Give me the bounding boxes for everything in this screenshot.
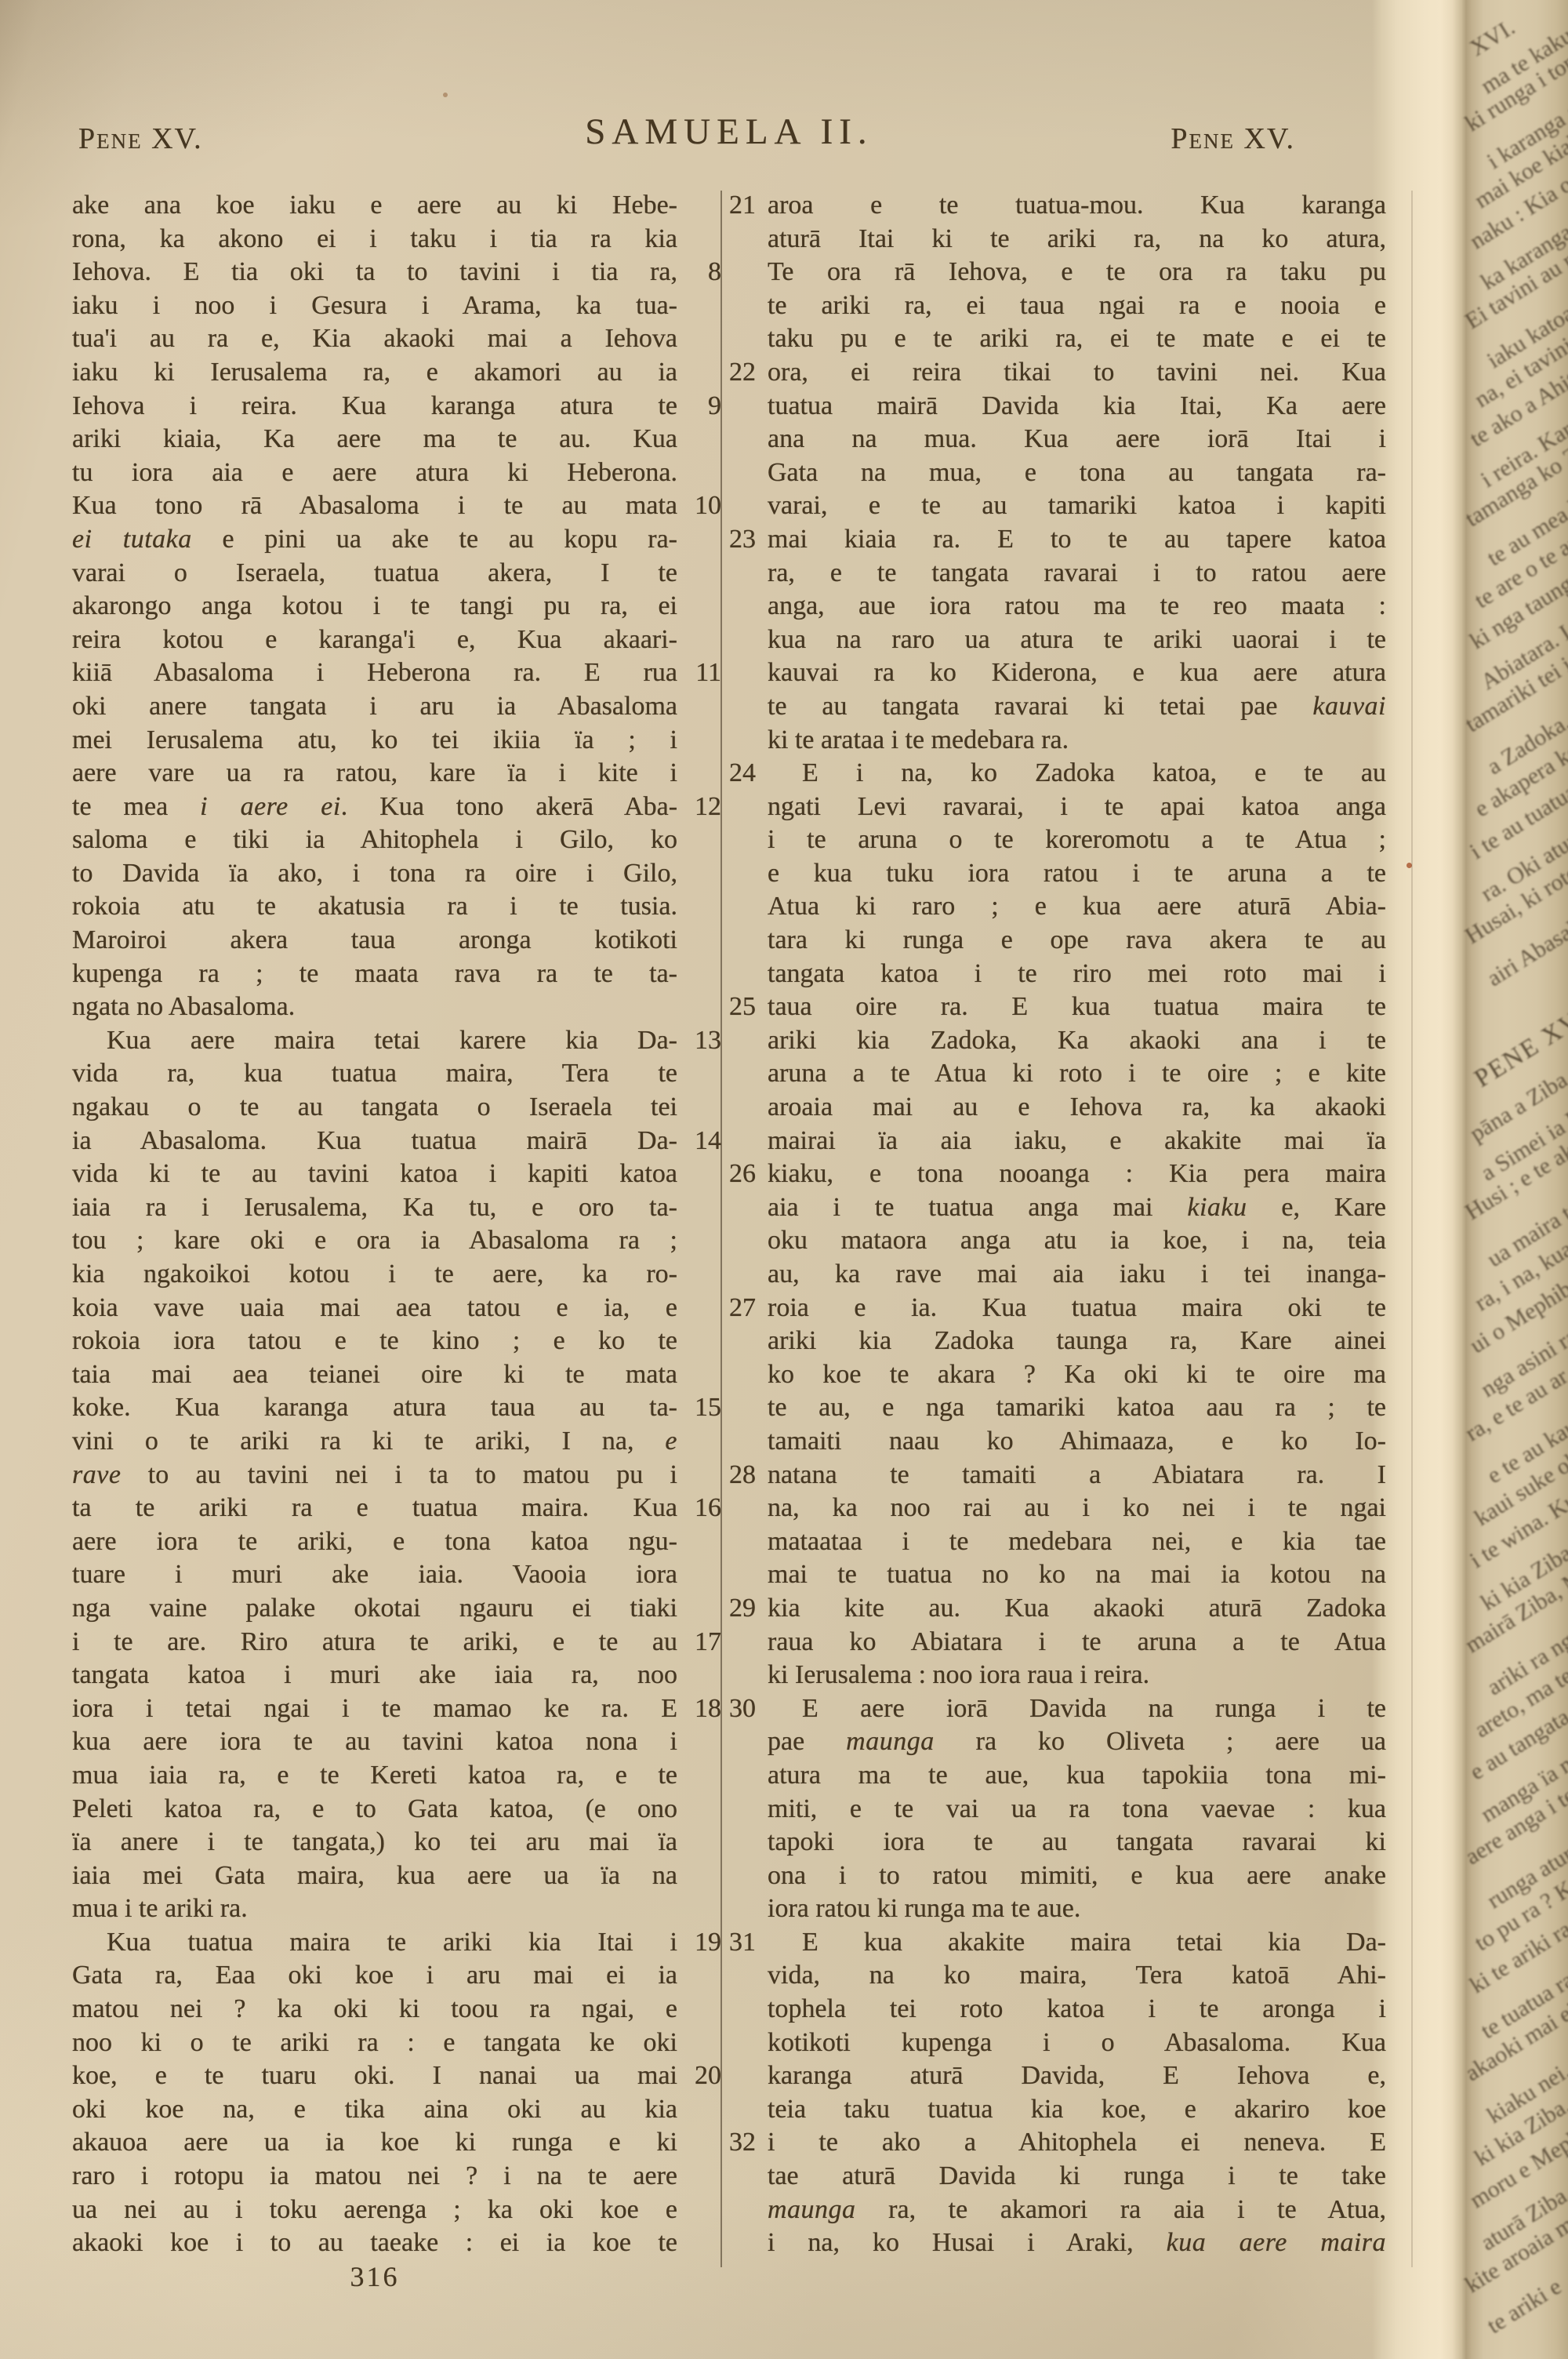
verse-number: 16 (695, 1492, 721, 1525)
text-line: saloma e tiki ia Ahitophela i Gilo, ko (72, 823, 677, 857)
book-page-photo: XVI.ma te kakuki runga i tonai karanga a… (0, 0, 1568, 2359)
text-line-content: aturā Itai ki te ariki ra, na ko atura, (768, 223, 1386, 256)
text-line: Iehova i reira. Kua karanga atura te9 (72, 390, 677, 423)
verse-number: 31 (729, 1926, 756, 1960)
text-line: i te are. Riro atura te ariki, e te au17 (72, 1626, 677, 1659)
verse-number: 28 (729, 1459, 756, 1492)
text-line-content: te au, e nga tamariki katoa aau ra ; te (768, 1391, 1386, 1425)
text-line: au, ka rave mai aia iaku i tei inanga- (768, 1258, 1386, 1292)
text-line-content: au, ka rave mai aia iaku i tei inanga- (768, 1258, 1386, 1292)
text-line: atura ma te aue, kua tapokiia tona mi- (768, 1759, 1386, 1793)
text-line-content: mairai ïa aia iaku, e akakite mai ïa (768, 1125, 1386, 1158)
text-line-content: Peleti katoa ra, e to Gata katoa, (e ono (72, 1793, 677, 1826)
text-line: mataataa i te medebara nei, e kia tae (768, 1525, 1386, 1559)
text-line-content: te au tangata ravarai ki tetai pae kauva… (768, 690, 1386, 724)
text-line: te mea i aere ei. Kua tono akerā Aba-12 (72, 791, 677, 824)
text-line: aroa e te tuatua-mou. Kua karanga21 (768, 189, 1386, 223)
text-line-content: tapoki iora te au tangata ravarai ki (768, 1826, 1386, 1859)
text-line-content: Kua tono rā Abasaloma i te au mata (72, 489, 677, 523)
text-line-content: Iehova i reira. Kua karanga atura te (72, 390, 677, 423)
text-line-content: e kua tuku iora ratou i te aruna a te (768, 857, 1386, 891)
text-line: akarongo anga kotou i te tangi pu ra, ei (72, 590, 677, 623)
text-line: taia mai aea teianei oire ki te mata (72, 1358, 677, 1392)
text-line: ariki kia Zadoka, Ka akaoki ana i te (768, 1024, 1386, 1058)
text-line-content: ua nei au i toku aerenga ; ka oki koe e (72, 2194, 677, 2227)
text-line-content: mei Ierusalema atu, ko tei ikiia ïa ; i (72, 724, 677, 758)
text-line: kia ngakoikoi kotou i te aere, ka ro- (72, 1258, 677, 1292)
text-line-content: vida ki te au tavini katoa i kapiti kato… (72, 1158, 677, 1191)
text-line-content: pae maunga ra ko Oliveta ; aere ua (768, 1725, 1386, 1759)
verse-number: 22 (729, 356, 756, 390)
text-line: ki Ierusalema : noo iora raua i reira. (768, 1659, 1386, 1692)
text-line: kua aere iora te au tavini katoa nona i (72, 1725, 677, 1759)
text-line-content: kotikoti kupenga i o Abasaloma. Kua (768, 2026, 1386, 2060)
text-line-content: tangata katoa i muri ake iaia ra, noo (72, 1659, 677, 1692)
text-line-content: tua'i au ra e, Kia akaoki mai a Iehova (72, 322, 677, 356)
text-line-content: Te ora rā Iehova, e te ora ra taku pu (768, 256, 1386, 289)
text-line-content: rona, ka akono ei i taku i tia ra kia (72, 223, 677, 256)
text-line-content: tu iora aia e aere atura ki Heberona. (72, 456, 677, 490)
text-line: iaia ra i Ierusalema, Ka tu, e oro ta- (72, 1191, 677, 1225)
text-line: ngati Levi ravarai, i te apai katoa anga (768, 791, 1386, 824)
text-line: aere vare ua ra ratou, kare ïa i kite i (72, 757, 677, 791)
text-line: aruna a te Atua ki roto i te oire ; e ki… (768, 1057, 1386, 1091)
text-line-content: oki anere tangata i aru ia Abasaloma (72, 690, 677, 724)
text-line: Kua aere maira tetai karere kia Da-13 (72, 1024, 677, 1058)
text-line-content: varai, e te au tamariki katoa i kapiti (768, 489, 1386, 523)
text-line: rokoia iora tatou e te kino ; e ko te (72, 1325, 677, 1358)
text-line: Gata na mua, e tona au tangata ra- (768, 456, 1386, 490)
text-line-content: rokoia atu te akatusia ra i te tusia. (72, 890, 677, 924)
text-line: karanga aturā Davida, E Iehova e, (768, 2059, 1386, 2093)
text-line: E i na, ko Zadoka katoa, e te au24 (768, 757, 1386, 791)
text-line: tuatua mairā Davida kia Itai, Ka aere (768, 390, 1386, 423)
text-line-content: na, ka noo rai au i ko nei i te ngai (768, 1492, 1386, 1525)
text-line-content: te mea i aere ei. Kua tono akerā Aba- (72, 791, 677, 824)
verse-number: 29 (729, 1592, 756, 1626)
text-line-content: Atua ki raro ; e kua aere aturā Abia- (768, 890, 1386, 924)
verse-number: 18 (695, 1692, 721, 1726)
text-line-content: raua ko Abiatara i te aruna a te Atua (768, 1626, 1386, 1659)
text-line: Iehova. E tia oki ta to tavini i tia ra,… (72, 256, 677, 289)
text-line-content: atura ma te aue, kua tapokiia tona mi- (768, 1759, 1386, 1793)
text-line: taua oire ra. E kua tuatua maira te25 (768, 990, 1386, 1024)
text-line: koia vave uaia mai aea tatou e ia, e (72, 1292, 677, 1325)
text-line: koe, e te tuaru oki. I nanai ua mai20 (72, 2059, 677, 2093)
text-line-content: vini o te ariki ra ki te ariki, I na, e (72, 1425, 677, 1459)
verse-number: 11 (695, 656, 721, 690)
text-line-content: i te are. Riro atura te ariki, e te au (72, 1626, 677, 1659)
verse-number: 14 (695, 1125, 721, 1158)
verse-number: 12 (695, 791, 721, 824)
text-line: ariki kiaia, Ka aere ma te au. Kua (72, 423, 677, 456)
text-line-content: ngata no Abasaloma. (72, 990, 677, 1024)
text-line: i na, ko Husai i Araki, kua aere maira (768, 2226, 1386, 2260)
text-line-content: mai kiaia ra. E to te au tapere katoa (768, 523, 1386, 557)
left-text-column: ake ana koe iaku e aere au ki Hebe-rona,… (72, 189, 677, 2260)
verse-number: 21 (729, 189, 756, 223)
text-line-content: aere vare ua ra ratou, kare ïa i kite i (72, 757, 677, 791)
text-line: ake ana koe iaku e aere au ki Hebe- (72, 189, 677, 223)
text-line: tou ; kare oki e ora ia Abasaloma ra ; (72, 1224, 677, 1258)
running-head-right: Pene XV. (1171, 122, 1295, 156)
text-line: ora, ei reira tikai to tavini nei. Kua22 (768, 356, 1386, 390)
adjacent-text-fragment: XVI. (1466, 16, 1519, 61)
text-line-content: tae aturā Davida ki runga i te take (768, 2160, 1386, 2194)
text-line: tapoki iora te au tangata ravarai ki (768, 1826, 1386, 1859)
text-line: tamaiti naau ko Ahimaaza, e ko Io- (768, 1425, 1386, 1459)
text-line-content: mua iaia ra, e te Kereti katoa ra, e te (72, 1759, 677, 1793)
text-line-content: ra, e te tangata ravarai i to ratou aere (768, 557, 1386, 591)
text-line: rona, ka akono ei i taku i tia ra kia (72, 223, 677, 256)
text-line: te au, e nga tamariki katoa aau ra ; te (768, 1391, 1386, 1425)
text-line-content: oki koe na, e tika aina oki au kia (72, 2093, 677, 2127)
text-line-content: aere iora te ariki, e tona katoa ngu- (72, 1525, 677, 1559)
text-line: te au tangata ravarai ki tetai pae kauva… (768, 690, 1386, 724)
text-line: mairai ïa aia iaku, e akakite mai ïa (768, 1125, 1386, 1158)
text-line: ei tutaka e pini ua ake te au kopu ra- (72, 523, 677, 557)
text-line: reira kotou e karanga'i e, Kua akaari- (72, 623, 677, 657)
text-line: akauoa aere ua ia koe ki runga e ki (72, 2126, 677, 2160)
text-line: rokoia atu te akatusia ra i te tusia. (72, 890, 677, 924)
text-line-content: akaoki koe i to au taeake : ei ia koe te (72, 2226, 677, 2260)
text-line-content: mua i te ariki ra. (72, 1892, 677, 1926)
text-line-content: miti, e te vai ua ra tona vaevae : kua (768, 1793, 1386, 1826)
text-line-content: ana na mua. Kua aere iorā Itai i (768, 423, 1386, 456)
text-line-content: i te aruna o te koreromotu a te Atua ; (768, 823, 1386, 857)
text-line-content: iaku i noo i Gesura i Arama, ka tua- (72, 289, 677, 323)
text-line-content: koia vave uaia mai aea tatou e ia, e (72, 1292, 677, 1325)
text-line-content: taua oire ra. E kua tuatua maira te (768, 990, 1386, 1024)
text-line-content: tuatua mairā Davida kia Itai, Ka aere (768, 390, 1386, 423)
text-line: tae aturā Davida ki runga i te take (768, 2160, 1386, 2194)
text-line: mua i te ariki ra. (72, 1892, 677, 1926)
text-line-content: noo ki o te ariki ra : e tangata ke oki (72, 2026, 677, 2060)
text-line-content: kua na raro ua atura te ariki uaorai i t… (768, 623, 1386, 657)
text-line-content: ariki kia Zadoka taunga ra, Kare ainei (768, 1325, 1386, 1358)
verse-number: 30 (729, 1692, 756, 1726)
text-line: ra, e te tangata ravarai i to ratou aere (768, 557, 1386, 591)
text-line-content: E kua akakite maira tetai kia Da- (802, 1926, 1386, 1960)
page-number: 316 (72, 2260, 677, 2293)
text-line-content: taia mai aea teianei oire ki te mata (72, 1358, 677, 1392)
text-line-content: vida ra, kua tuatua maira, Tera te (72, 1057, 677, 1091)
text-line-content: saloma e tiki ia Ahitophela i Gilo, ko (72, 823, 677, 857)
text-line: miti, e te vai ua ra tona vaevae : kua (768, 1793, 1386, 1826)
text-line: kotikoti kupenga i o Abasaloma. Kua (768, 2026, 1386, 2060)
text-line: iaku i noo i Gesura i Arama, ka tua- (72, 289, 677, 323)
text-line-content: tuare i muri ake iaia. Vaooia iora (72, 1558, 677, 1592)
text-line: mai kiaia ra. E to te au tapere katoa23 (768, 523, 1386, 557)
text-line: oku mataora anga atu ia koe, i na, teia (768, 1224, 1386, 1258)
text-line: Atua ki raro ; e kua aere aturā Abia- (768, 890, 1386, 924)
text-line-content: aroaia mai au e Iehova ra, ka akaoki (768, 1091, 1386, 1125)
text-line-content: ora, ei reira tikai to tavini nei. Kua (768, 356, 1386, 390)
text-line-content: taku pu e te ariki ra, ei te mate e ei t… (768, 322, 1386, 356)
text-line: aturā Itai ki te ariki ra, na ko atura, (768, 223, 1386, 256)
text-line: ïa anere i te tangata,) ko tei aru mai ï… (72, 1826, 677, 1859)
text-line-content: aia i te tuatua anga mai kiaku e, Kare (768, 1191, 1386, 1225)
text-line-content: natana te tamaiti a Abiatara ra. I (768, 1459, 1386, 1492)
text-line: teia taku tuatua kia koe, e akariro koe (768, 2093, 1386, 2127)
text-line-content: ki te arataa i te medebara ra. (768, 724, 1386, 758)
text-line: iora i tetai ngai i te mamao ke ra. E18 (72, 1692, 677, 1726)
text-line-content: rokoia iora tatou e te kino ; e ko te (72, 1325, 677, 1358)
verse-number: 15 (695, 1391, 721, 1425)
verse-number: 27 (729, 1292, 756, 1325)
text-line: e kua tuku iora ratou i te aruna a te (768, 857, 1386, 891)
text-line-content: kia kite au. Kua akaoki aturā Zadoka (768, 1592, 1386, 1626)
text-line: ariki kia Zadoka taunga ra, Kare ainei (768, 1325, 1386, 1358)
verse-number: 24 (729, 757, 756, 791)
text-line: iaku ki Ierusalema ra, e akamori au ia (72, 356, 677, 390)
text-line: ko koe te akara ? Ka oki ki te oire ma (768, 1358, 1386, 1392)
text-line-content: tara ki runga e ope rava akera te au (768, 924, 1386, 958)
text-line-content: iaia ra i Ierusalema, Ka tu, e oro ta- (72, 1191, 677, 1225)
text-line-content: akauoa aere ua ia koe ki runga e ki (72, 2126, 677, 2160)
text-line: anga, aue iora ratou ma te reo maata : (768, 590, 1386, 623)
text-line: noo ki o te ariki ra : e tangata ke oki (72, 2026, 677, 2060)
text-line-content: E aere iorā Davida na runga i te (802, 1692, 1386, 1726)
text-line-content: karanga aturā Davida, E Iehova e, (768, 2059, 1386, 2093)
text-line: aia i te tuatua anga mai kiaku e, Kare (768, 1191, 1386, 1225)
text-line-content: mataataa i te medebara nei, e kia tae (768, 1525, 1386, 1559)
text-line: tu iora aia e aere atura ki Heberona. (72, 456, 677, 490)
text-line-content: iaia mei Gata maira, kua aere ua ïa na (72, 1859, 677, 1893)
text-line-content: reira kotou e karanga'i e, Kua akaari- (72, 623, 677, 657)
text-line-content: kiaku, e tona nooanga : Kia pera maira (768, 1158, 1386, 1191)
text-line-content: te ariki ra, ei taua ngai ra e nooia e (768, 289, 1386, 323)
text-line: tuare i muri ake iaia. Vaooia iora (72, 1558, 677, 1592)
text-line-content: Iehova. E tia oki ta to tavini i tia ra, (72, 256, 677, 289)
text-line-content: ariki kiaia, Ka aere ma te au. Kua (72, 423, 677, 456)
text-line-content: tou ; kare oki e ora ia Abasaloma ra ; (72, 1224, 677, 1258)
text-line-content: ake ana koe iaku e aere au ki Hebe- (72, 189, 677, 223)
text-line: i te aruna o te koreromotu a te Atua ; (768, 823, 1386, 857)
text-line-content: koke. Kua karanga atura taua au ta- (72, 1391, 677, 1425)
text-line: ki te arataa i te medebara ra. (768, 724, 1386, 758)
text-line-content: ariki kia Zadoka, Ka akaoki ana i te (768, 1024, 1386, 1058)
text-line: aere iora te ariki, e tona katoa ngu- (72, 1525, 677, 1559)
text-line: i te ako a Ahitophela ei neneva. E32 (768, 2126, 1386, 2160)
text-line-content: Kua tuatua maira te ariki kia Itai i (107, 1926, 677, 1960)
text-line: to Davida ïa ako, i tona ra oire i Gilo, (72, 857, 677, 891)
text-line: roia e ia. Kua tuatua maira oki te27 (768, 1292, 1386, 1325)
text-line-content: ia Abasaloma. Kua tuatua mairā Da- (72, 1125, 677, 1158)
text-line: tangata katoa i te riro mei roto mai i (768, 958, 1386, 991)
text-line: Gata ra, Eaa oki koe i aru mai ei ia (72, 1959, 677, 1993)
text-line: kia kite au. Kua akaoki aturā Zadoka29 (768, 1592, 1386, 1626)
text-line: nga vaine palake okotai ngauru ei tiaki (72, 1592, 677, 1626)
text-line-content: aruna a te Atua ki roto i te oire ; e ki… (768, 1057, 1386, 1091)
text-line: akaoki koe i to au taeake : ei ia koe te (72, 2226, 677, 2260)
text-line: kiiā Abasaloma i Heberona ra. E rua11 (72, 656, 677, 690)
verse-number: 32 (729, 2126, 756, 2160)
text-line: vida, na ko maira, Tera katoā Ahi- (768, 1959, 1386, 1993)
text-line: iaia mei Gata maira, kua aere ua ïa na (72, 1859, 677, 1893)
text-line: kua na raro ua atura te ariki uaorai i t… (768, 623, 1386, 657)
text-line: mei Ierusalema atu, ko tei ikiia ïa ; i (72, 724, 677, 758)
text-line-content: varai o Iseraela, tuatua akera, I te (72, 557, 677, 591)
text-line: Kua tuatua maira te ariki kia Itai i19 (72, 1926, 677, 1960)
verse-number: 20 (695, 2059, 721, 2093)
verse-number: 9 (708, 390, 721, 423)
text-line-content: oku mataora anga atu ia koe, i na, teia (768, 1224, 1386, 1258)
text-line-content: nga vaine palake okotai ngauru ei tiaki (72, 1592, 677, 1626)
text-line: na, ka noo rai au i ko nei i te ngai (768, 1492, 1386, 1525)
text-line: koke. Kua karanga atura taua au ta-15 (72, 1391, 677, 1425)
adjacent-page-text-strip: XVI.ma te kakuki runga i tonai karanga a… (1461, 0, 1568, 2359)
text-line-content: Maroiroi akera taua aronga kotikoti (72, 924, 677, 958)
verse-number: 13 (695, 1024, 721, 1058)
text-line: ana na mua. Kua aere iorā Itai i (768, 423, 1386, 456)
verse-number: 26 (729, 1158, 756, 1191)
text-line: vida ra, kua tuatua maira, Tera te (72, 1057, 677, 1091)
text-line-content: ona i to ratou mimiti, e kua aere anake (768, 1859, 1386, 1893)
text-line: kiaku, e tona nooanga : Kia pera maira26 (768, 1158, 1386, 1191)
text-line-content: kauvai ra ko Kiderona, e kua aere atura (768, 656, 1386, 690)
text-line: ta te ariki ra e tuatua maira. Kua16 (72, 1492, 677, 1525)
text-line: ua nei au i toku aerenga ; ka oki koe e (72, 2194, 677, 2227)
text-line: kauvai ra ko Kiderona, e kua aere atura (768, 656, 1386, 690)
text-line: ngata no Abasaloma. (72, 990, 677, 1024)
verse-number: 23 (729, 523, 756, 557)
text-line-content: ko koe te akara ? Ka oki ki te oire ma (768, 1358, 1386, 1392)
text-line: oki anere tangata i aru ia Abasaloma (72, 690, 677, 724)
text-line-content: ki Ierusalema : noo iora raua i reira. (768, 1659, 1386, 1692)
outer-margin-rule (1411, 191, 1413, 2267)
text-line: iora ratou ki runga ma te aue. (768, 1892, 1386, 1926)
text-line: te ariki ra, ei taua ngai ra e nooia e (768, 289, 1386, 323)
text-line-content: kia ngakoikoi kotou i te aere, ka ro- (72, 1258, 677, 1292)
text-line-content: rave to au tavini nei i ta to matou pu i (72, 1459, 677, 1492)
text-line: Maroiroi akera taua aronga kotikoti (72, 924, 677, 958)
text-line-content: tamaiti naau ko Ahimaaza, e ko Io- (768, 1425, 1386, 1459)
text-line: ia Abasaloma. Kua tuatua mairā Da-14 (72, 1125, 677, 1158)
verse-number: 10 (695, 489, 721, 523)
text-line: tua'i au ra e, Kia akaoki mai a Iehova (72, 322, 677, 356)
text-line: ona i to ratou mimiti, e kua aere anake (768, 1859, 1386, 1893)
text-line-content: i te ako a Ahitophela ei neneva. E (768, 2126, 1386, 2160)
text-line: matou nei ? ka oki ki toou ra ngai, e (72, 1993, 677, 2026)
text-line: aroaia mai au e Iehova ra, ka akaoki (768, 1091, 1386, 1125)
text-line-content: to Davida ïa ako, i tona ra oire i Gilo, (72, 857, 677, 891)
verse-number: 17 (695, 1626, 721, 1659)
text-line: raro i rotopu ia matou nei ? i na te aer… (72, 2160, 677, 2194)
text-line-content: mai te tuatua no ko na mai ia kotou na (768, 1558, 1386, 1592)
text-line: E aere iorā Davida na runga i te30 (768, 1692, 1386, 1726)
verse-number: 25 (729, 990, 756, 1024)
text-line: mai te tuatua no ko na mai ia kotou na (768, 1558, 1386, 1592)
text-line: varai, e te au tamariki katoa i kapiti (768, 489, 1386, 523)
text-line-content: tangata katoa i te riro mei roto mai i (768, 958, 1386, 991)
text-line-content: anga, aue iora ratou ma te reo maata : (768, 590, 1386, 623)
text-line-content: roia e ia. Kua tuatua maira oki te (768, 1292, 1386, 1325)
text-line: Te ora rā Iehova, e te ora ra taku pu (768, 256, 1386, 289)
text-line-content: iora i tetai ngai i te mamao ke ra. E (72, 1692, 677, 1726)
text-line-content: ïa anere i te tangata,) ko tei aru mai ï… (72, 1826, 677, 1859)
text-line: raua ko Abiatara i te aruna a te Atua (768, 1626, 1386, 1659)
text-line: E kua akakite maira tetai kia Da-31 (768, 1926, 1386, 1960)
text-line-content: ei tutaka e pini ua ake te au kopu ra- (72, 523, 677, 557)
text-line-content: matou nei ? ka oki ki toou ra ngai, e (72, 1993, 677, 2026)
text-line: varai o Iseraela, tuatua akera, I te (72, 557, 677, 591)
text-line: pae maunga ra ko Oliveta ; aere ua (768, 1725, 1386, 1759)
text-line: ngakau o te au tangata o Iseraela tei (72, 1091, 677, 1125)
text-line: vini o te ariki ra ki te ariki, I na, e (72, 1425, 677, 1459)
text-line: kupenga ra ; te maata rava ra te ta- (72, 958, 677, 991)
text-line: tophela tei roto katoa i te aronga i (768, 1993, 1386, 2026)
text-line-content: kiiā Abasaloma i Heberona ra. E rua (72, 656, 677, 690)
text-line-content: ngati Levi ravarai, i te apai katoa anga (768, 791, 1386, 824)
text-line-content: kupenga ra ; te maata rava ra te ta- (72, 958, 677, 991)
text-line: Kua tono rā Abasaloma i te au mata10 (72, 489, 677, 523)
text-line-content: raro i rotopu ia matou nei ? i na te aer… (72, 2160, 677, 2194)
text-line: maunga ra, te akamori ra aia i te Atua, (768, 2194, 1386, 2227)
text-line: tangata katoa i muri ake iaia ra, noo (72, 1659, 677, 1692)
text-line: taku pu e te ariki ra, ei te mate e ei t… (768, 322, 1386, 356)
text-line: natana te tamaiti a Abiatara ra. I28 (768, 1459, 1386, 1492)
text-line-content: iaku ki Ierusalema ra, e akamori au ia (72, 356, 677, 390)
text-line-content: kua aere iora te au tavini katoa nona i (72, 1725, 677, 1759)
text-line-content: akarongo anga kotou i te tangi pu ra, ei (72, 590, 677, 623)
text-line: rave to au tavini nei i ta to matou pu i (72, 1459, 677, 1492)
text-line-content: tophela tei roto katoa i te aronga i (768, 1993, 1386, 2026)
text-line-content: iora ratou ki runga ma te aue. (768, 1892, 1386, 1926)
text-line-content: aroa e te tuatua-mou. Kua karanga (768, 189, 1386, 223)
text-line-content: koe, e te tuaru oki. I nanai ua mai (72, 2059, 677, 2093)
text-line: vida ki te au tavini katoa i kapiti kato… (72, 1158, 677, 1191)
right-text-column: aroa e te tuatua-mou. Kua karanga21aturā… (768, 189, 1386, 2260)
text-line-content: teia taku tuatua kia koe, e akariro koe (768, 2093, 1386, 2127)
text-line: tara ki runga e ope rava akera te au (768, 924, 1386, 958)
text-line-content: maunga ra, te akamori ra aia i te Atua, (768, 2194, 1386, 2227)
text-line-content: Kua aere maira tetai karere kia Da- (107, 1024, 677, 1058)
text-line: Peleti katoa ra, e to Gata katoa, (e ono (72, 1793, 677, 1826)
text-line-content: Gata ra, Eaa oki koe i aru mai ei ia (72, 1959, 677, 1993)
text-line-content: ngakau o te au tangata o Iseraela tei (72, 1091, 677, 1125)
text-line-content: E i na, ko Zadoka katoa, e te au (802, 757, 1386, 791)
verse-number: 8 (708, 256, 721, 289)
text-line-content: vida, na ko maira, Tera katoā Ahi- (768, 1959, 1386, 1993)
text-line: oki koe na, e tika aina oki au kia (72, 2093, 677, 2127)
text-line: mua iaia ra, e te Kereti katoa ra, e te (72, 1759, 677, 1793)
verse-number: 19 (695, 1926, 721, 1960)
paper-speck (443, 93, 448, 97)
text-line-content: i na, ko Husai i Araki, kua aere maira (768, 2226, 1386, 2260)
text-line-content: ta te ariki ra e tuatua maira. Kua (72, 1492, 677, 1525)
text-line-content: Gata na mua, e tona au tangata ra- (768, 456, 1386, 490)
